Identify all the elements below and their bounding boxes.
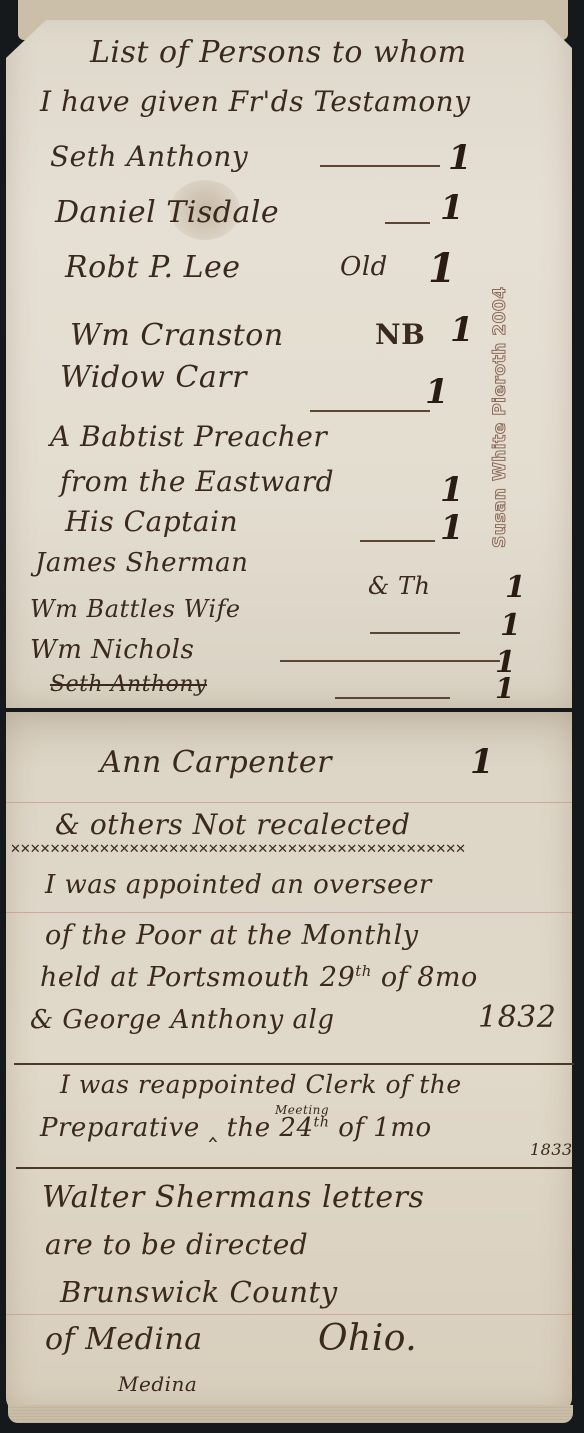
ruled-line [6,1314,572,1315]
entry-count: 1 [448,138,472,178]
copyright-watermark: Susan White Pieroth 2004 [490,286,510,548]
note1-line3-text: held at Portsmouth 29 [40,962,355,993]
note2-sup: th [314,1114,330,1130]
entry-dash [280,660,500,662]
notebook-page-edges [8,1405,573,1423]
entry-name: James Sherman [35,548,248,578]
entry-name: Wm Nichols [30,635,194,665]
crossed-out-line: ✕✕✕✕✕✕✕✕✕✕✕✕✕✕✕✕✕✕✕✕✕✕✕✕✕✕✕✕✕✕✕✕✕✕✕✕✕✕✕✕… [10,842,570,857]
entry-note: Old [340,252,388,282]
entry-name: Seth Anthony [50,140,248,173]
note3-line1: Walter Shermans letters [42,1180,424,1215]
entry-count: 1 [428,245,456,292]
entry-name-text: Ann Carpenter [100,745,332,780]
entry-name: Daniel Tisdale [55,195,279,230]
note1-line3: held at Portsmouth 29th of 8mo [40,962,478,993]
note3-line4-county: of Medina [45,1322,203,1357]
separator-line [14,1063,574,1065]
note1-line2: of the Poor at the Monthly [45,920,418,951]
entry-name: Wm Battles Wife [30,595,241,623]
ruled-line [6,912,572,913]
others-note: & others Not recalected [55,808,410,841]
entry-count: 1 [440,508,464,548]
entry-count: 1 [440,470,464,510]
entry-dash [310,410,430,412]
entry-name: Robt P. Lee [65,250,241,285]
entry-dash [370,632,460,634]
note1-line3-month: of 8mo [381,962,478,993]
note2-line2: Preparative ‸ the 24th of 1mo [40,1113,432,1143]
list-heading-line1: List of Persons to whom [90,35,467,70]
entry-name: Ann Carpenter [100,745,332,780]
ruled-line [6,802,572,803]
note1-line1: I was appointed an overseer [45,870,432,900]
entry-note: NB [375,318,425,351]
entry-count: 1 [470,742,494,782]
note2-month: of 1mo [338,1113,431,1143]
entry-name: A Babtist Preacher [50,420,327,453]
entry-count: 1 [500,608,521,643]
note3-line5: Medina [118,1372,197,1396]
note1-line3-sup: th [355,962,372,980]
entry-name: Wm Cranston [70,318,284,353]
entry-count: 1 [505,570,526,605]
list-heading-line2: I have given Fr'ds Testamony [40,85,471,118]
entry-dash [320,165,440,167]
note3-line4-state: Ohio. [318,1318,417,1359]
entry-count: 1 [440,188,464,228]
note1-line4: & George Anthony alg [30,1005,334,1035]
entry-dash [335,697,450,699]
note2-year: 1833 [530,1140,573,1159]
entry-note: & Th [368,572,430,600]
note3-line3: Brunswick County [60,1275,338,1309]
note1-year: 1832 [478,1000,556,1035]
entry-name-struck: Seth Anthony [50,672,207,697]
entry-dash [385,222,430,224]
separator-line [16,1167,572,1169]
entry-dash [360,540,435,542]
entry-count: 1 [425,372,449,412]
note2-date: the 24 [227,1113,314,1143]
note3-line2: are to be directed [45,1228,308,1261]
note2-word-preparative: Preparative [40,1113,200,1143]
entry-count: 1 [495,672,514,705]
entry-name: Widow Carr [60,360,247,395]
entry-name: from the Eastward [60,465,334,498]
entry-name: His Captain [65,505,238,538]
entry-count: 1 [450,310,474,350]
caret-mark: ‸ [209,1113,218,1143]
note2-line1: I was reappointed Clerk of the [60,1070,462,1099]
